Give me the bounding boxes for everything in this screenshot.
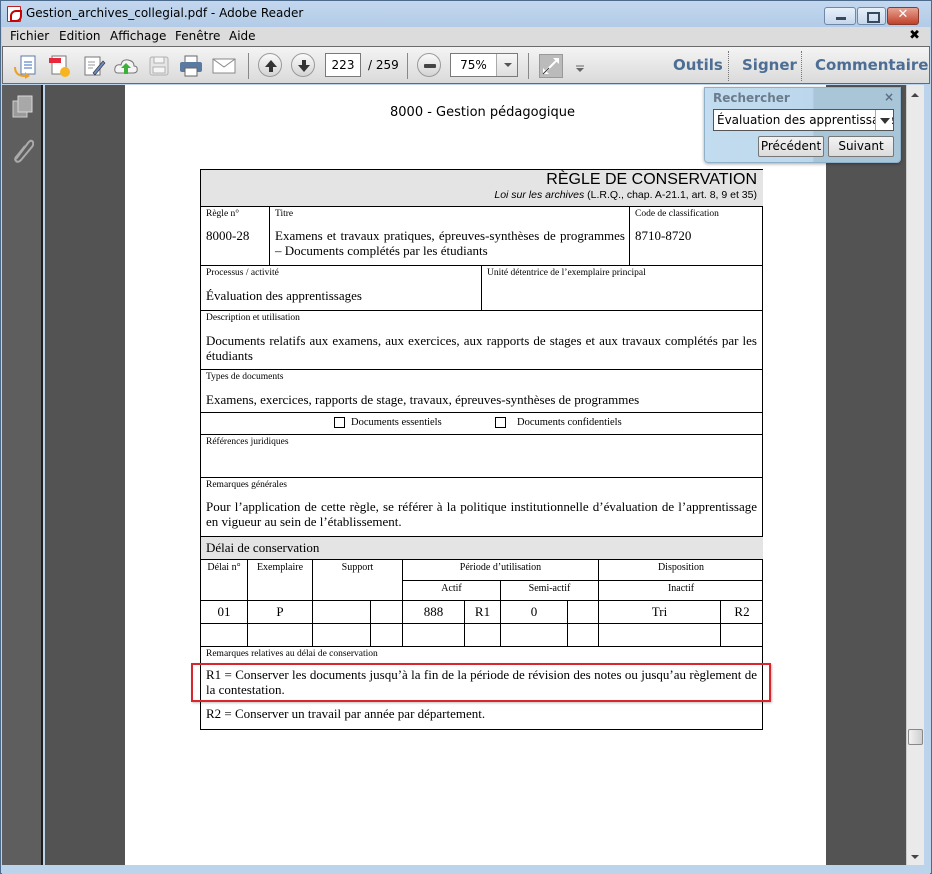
retention-section-header: Délai de conservation bbox=[201, 537, 763, 560]
col-semi-active: Semi-actif bbox=[501, 581, 599, 601]
retention-section-title: Délai de conservation bbox=[206, 540, 319, 555]
process-cell: Processus / activité Évaluation des appr… bbox=[201, 266, 482, 311]
window-title: Gestion_archives_collegial.pdf - Adobe R… bbox=[26, 6, 303, 20]
menu-fichier[interactable]: Fichier bbox=[10, 29, 49, 43]
retention-cell-semi-note bbox=[568, 624, 599, 647]
retention-cell-delay: 01 bbox=[201, 601, 248, 624]
general-remarks-value: Pour l’application de cette règle, se ré… bbox=[206, 499, 757, 529]
retention-cell-active bbox=[403, 624, 465, 647]
print-icon[interactable] bbox=[178, 53, 204, 79]
find-panel: Rechercher × Évaluation des apprentissag… bbox=[704, 87, 901, 163]
save-icon[interactable] bbox=[146, 53, 172, 79]
page-total: / 259 bbox=[368, 58, 399, 72]
legal-references-label: Références juridiques bbox=[206, 437, 289, 447]
description-value: Documents relatifs aux examens, aux exer… bbox=[206, 333, 757, 363]
classification-label: Code de classification bbox=[635, 209, 719, 219]
col-delay: Délai n° bbox=[201, 560, 248, 601]
col-inactive: Inactif bbox=[599, 581, 763, 601]
vertical-scrollbar[interactable] bbox=[906, 85, 924, 865]
form-subtitle: Loi sur les archives (L.R.Q., chap. A-21… bbox=[494, 189, 757, 201]
menu-affichage[interactable]: Affichage bbox=[110, 29, 166, 43]
find-input[interactable]: Évaluation des apprentissages bbox=[713, 109, 894, 131]
menu-aide[interactable]: Aide bbox=[229, 29, 256, 43]
retention-cell-support-note bbox=[371, 601, 403, 624]
page-thumbnails-icon[interactable] bbox=[12, 95, 34, 123]
next-result-button[interactable]: Suivant bbox=[828, 136, 894, 157]
toolbar-divider bbox=[801, 51, 802, 81]
retention-remark-r2: R2 = Conserver un travail par année par … bbox=[206, 706, 757, 721]
retention-rule-form: RÈGLE DE CONSERVATION Loi sur les archiv… bbox=[200, 169, 763, 730]
retention-cell-support bbox=[313, 601, 371, 624]
col-active-label: Actif bbox=[403, 583, 500, 594]
retention-cell-support bbox=[313, 624, 371, 647]
close-window-button[interactable]: ✕ bbox=[887, 7, 919, 25]
col-disposition-label: Disposition bbox=[599, 562, 763, 573]
page-number-input[interactable]: 223 bbox=[325, 53, 361, 77]
col-period-label: Période d’utilisation bbox=[403, 562, 598, 573]
toolbar-separator bbox=[248, 53, 249, 79]
scroll-down-icon[interactable] bbox=[911, 855, 919, 859]
col-semi-active-label: Semi-actif bbox=[501, 583, 598, 594]
general-remarks-label: Remarques générales bbox=[206, 480, 287, 490]
toolbar: 223 / 259 75% Outils Signer Commentaire bbox=[2, 46, 930, 84]
next-page-icon[interactable] bbox=[291, 53, 315, 77]
law-name: Loi sur les archives bbox=[494, 189, 584, 201]
retention-cell-copy: P bbox=[248, 601, 313, 624]
retention-cell-active-note bbox=[465, 624, 501, 647]
rule-number-label: Règle n° bbox=[206, 209, 239, 219]
retention-cell-semi-note bbox=[568, 601, 599, 624]
retention-cell-support-note bbox=[371, 624, 403, 647]
title-value: Examens et travaux pratiques, épreuves-s… bbox=[275, 228, 625, 258]
title-bar[interactable]: Gestion_archives_collegial.pdf - Adobe R… bbox=[1, 1, 931, 27]
more-tools-icon[interactable] bbox=[575, 59, 585, 69]
legal-references-cell: Références juridiques bbox=[201, 435, 763, 478]
retention-remarks-label: Remarques relatives au délai de conserva… bbox=[206, 649, 378, 659]
retention-cell-active-note: R1 bbox=[465, 601, 501, 624]
retention-value: Tri bbox=[599, 604, 720, 620]
adobe-reader-window: Gestion_archives_collegial.pdf - Adobe R… bbox=[0, 0, 932, 874]
open-file-icon[interactable] bbox=[46, 53, 72, 79]
previous-page-icon[interactable] bbox=[258, 53, 282, 77]
previous-result-button[interactable]: Précédent bbox=[758, 136, 824, 157]
retention-value: 888 bbox=[403, 604, 464, 620]
description-label: Description et utilisation bbox=[206, 313, 300, 323]
retention-value: P bbox=[248, 604, 312, 620]
attachments-icon[interactable] bbox=[12, 137, 34, 167]
maximize-button[interactable] bbox=[857, 7, 886, 25]
col-copy-label: Exemplaire bbox=[248, 562, 312, 573]
minimize-button[interactable] bbox=[824, 7, 856, 25]
retention-cell-inactive: Tri bbox=[599, 601, 721, 624]
adobe-pdf-icon bbox=[7, 6, 21, 22]
toolbar-separator bbox=[407, 53, 408, 79]
scrollbar-thumb[interactable] bbox=[908, 729, 923, 745]
window-bottom-edge bbox=[2, 865, 930, 874]
process-label: Processus / activité bbox=[206, 268, 279, 278]
col-delay-label: Délai n° bbox=[201, 562, 247, 573]
rule-number-cell: Règle n° 8000-28 bbox=[201, 207, 270, 266]
retention-value: 0 bbox=[501, 604, 567, 620]
title-cell: Titre Examens et travaux pratiques, épre… bbox=[270, 207, 630, 266]
holding-unit-label: Unité détentrice de l’exemplaire princip… bbox=[487, 268, 646, 278]
retention-cell-copy bbox=[248, 624, 313, 647]
title-label: Titre bbox=[275, 209, 293, 219]
general-remarks-cell: Remarques générales Pour l’application d… bbox=[201, 478, 763, 537]
col-support-label: Support bbox=[313, 562, 402, 573]
retention-cell-semi-active bbox=[501, 624, 568, 647]
retention-value: R2 bbox=[721, 604, 763, 620]
holding-unit-cell: Unité détentrice de l’exemplaire princip… bbox=[482, 266, 763, 311]
email-icon[interactable] bbox=[211, 53, 237, 79]
col-support: Support bbox=[313, 560, 403, 601]
sign-link[interactable]: Signer bbox=[742, 56, 797, 74]
fit-page-icon[interactable] bbox=[539, 54, 563, 78]
page-header: 8000 - Gestion pédagogique bbox=[390, 105, 575, 120]
zoom-level-select[interactable]: 75% bbox=[450, 53, 518, 77]
col-disposition: Disposition bbox=[599, 560, 763, 581]
tools-link[interactable]: Outils bbox=[673, 56, 723, 74]
retention-value: 01 bbox=[201, 604, 247, 620]
navigation-panel bbox=[2, 85, 43, 865]
close-document-icon[interactable]: ✖ bbox=[909, 28, 920, 43]
form-title-block: RÈGLE DE CONSERVATION Loi sur les archiv… bbox=[201, 170, 763, 207]
classification-value: 8710-8720 bbox=[635, 228, 691, 243]
edit-pdf-icon[interactable] bbox=[81, 53, 107, 79]
document-types-value: Examens, exercices, rapports de stage, t… bbox=[206, 392, 639, 407]
col-copy: Exemplaire bbox=[248, 560, 313, 601]
scroll-up-icon[interactable] bbox=[911, 93, 919, 97]
document-flags-row: Documents essentiels Documents confident… bbox=[201, 413, 763, 435]
menu-edition[interactable]: Edition bbox=[59, 29, 101, 43]
zoom-out-icon[interactable] bbox=[417, 53, 441, 77]
chevron-down-icon[interactable] bbox=[875, 110, 892, 130]
confidential-label: Documents confidentiels bbox=[517, 417, 622, 428]
find-query: Évaluation des apprentissages bbox=[717, 113, 894, 127]
retention-cell-delay bbox=[201, 624, 248, 647]
retention-cell-inactive-note bbox=[721, 624, 763, 647]
chevron-down-icon[interactable] bbox=[496, 54, 517, 76]
process-value: Évaluation des apprentissages bbox=[206, 288, 362, 303]
menu-fenetre[interactable]: Fenêtre bbox=[175, 29, 220, 43]
find-title: Rechercher bbox=[713, 91, 790, 105]
retention-cell-inactive-note: R2 bbox=[721, 601, 763, 624]
form-title: RÈGLE DE CONSERVATION bbox=[546, 171, 757, 189]
confidential-checkbox[interactable] bbox=[495, 417, 506, 428]
upload-cloud-icon[interactable] bbox=[113, 53, 139, 79]
col-period: Période d’utilisation bbox=[403, 560, 599, 581]
classification-cell: Code de classification 8710-8720 bbox=[630, 207, 763, 266]
zoom-level-value: 75% bbox=[451, 54, 496, 76]
document-types-label: Types de documents bbox=[206, 372, 283, 382]
col-inactive-label: Inactif bbox=[599, 583, 763, 594]
toolbar-divider bbox=[728, 51, 729, 81]
col-active: Actif bbox=[403, 581, 501, 601]
retention-value: R1 bbox=[465, 604, 500, 620]
menu-bar: Fichier Edition Affichage Fenêtre Aide ✖ bbox=[2, 27, 930, 46]
law-reference: (L.R.Q., chap. A-21.1, art. 8, 9 et 35) bbox=[584, 189, 757, 201]
comment-link[interactable]: Commentaire bbox=[815, 56, 928, 74]
description-cell: Description et utilisation Documents rel… bbox=[201, 311, 763, 370]
close-icon: ✕ bbox=[888, 7, 918, 22]
retention-cell-inactive bbox=[599, 624, 721, 647]
close-find-icon[interactable]: × bbox=[884, 90, 894, 104]
retention-cell-semi-active: 0 bbox=[501, 601, 568, 624]
essential-checkbox[interactable] bbox=[334, 417, 345, 428]
search-highlight-box bbox=[191, 663, 771, 702]
document-types-cell: Types de documents Examens, exercices, r… bbox=[201, 370, 763, 413]
create-pdf-icon[interactable] bbox=[13, 53, 39, 79]
toolbar-separator bbox=[528, 53, 529, 79]
retention-cell-active: 888 bbox=[403, 601, 465, 624]
rule-number-value: 8000-28 bbox=[206, 228, 249, 243]
essential-label: Documents essentiels bbox=[351, 417, 442, 428]
